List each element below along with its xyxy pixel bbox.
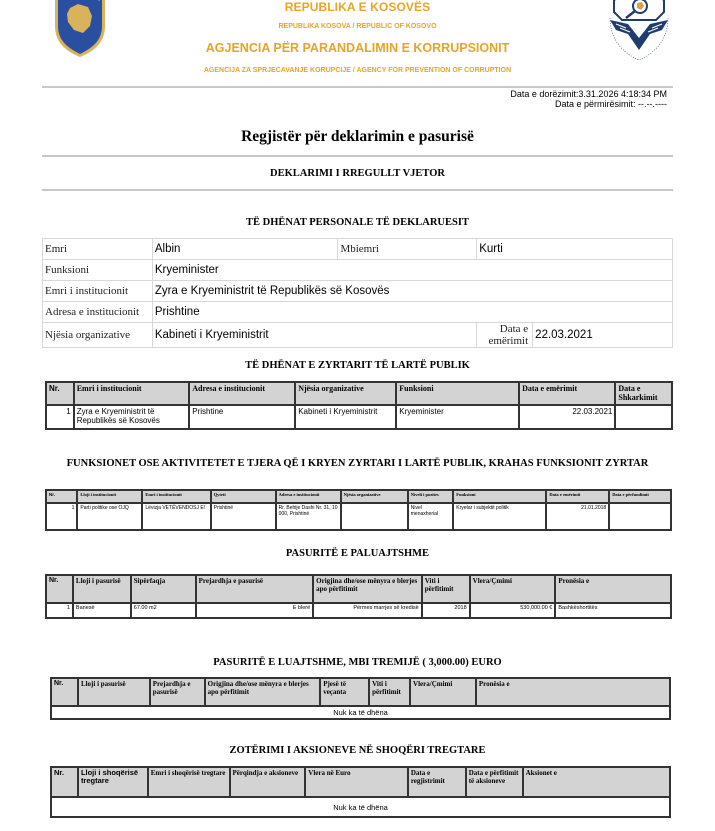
section-title-official: TË DHËNAT E ZYRTARIT TË LARTË PUBLIK — [0, 359, 715, 373]
table-cell: 1 — [46, 405, 74, 429]
dates-block: Data e dorëzimit:3.31.2026 4:18:34 PM Da… — [510, 89, 667, 109]
table-cell: Prishtinë — [211, 503, 276, 530]
activities-table: Nr.Lloji i institucionitEmri i instituci… — [45, 489, 672, 531]
table-cell — [609, 503, 671, 530]
appointment-label: Data e emërimit — [477, 323, 533, 348]
shares-table: Nr.Lloji i shoqërisë tregtareEmri i shoq… — [50, 766, 671, 818]
column-header: Vlera në Euro — [305, 767, 408, 797]
column-header: Vlera/Çmimi — [470, 575, 556, 603]
column-header: Prejardhja e pasurisë — [196, 575, 314, 603]
table-row: 1Zyra e Kryeministrit të Republikës së K… — [46, 405, 672, 429]
column-header: Adresa e institucionit — [276, 490, 341, 503]
table-cell: Lëvizja VETËVENDOSJ E! — [142, 503, 210, 530]
section-title-immovable: PASURITË E PALUAJTSHME — [0, 547, 715, 561]
table-header-row: Nr.Lloji i institucionitEmri i instituci… — [46, 490, 671, 503]
table-row: Emri i institucionit Zyra e Kryeministri… — [43, 281, 673, 302]
unit-label: Njësia organizative — [43, 323, 153, 348]
table-row: 1Banesë67.00 m2E blerëPërmes marrjes së … — [46, 603, 671, 618]
column-header: Lloji i pasurisë — [73, 575, 131, 603]
function-value: Kryeminister — [152, 260, 672, 281]
section-title-shares: ZOTËRIMI I AKSIONEVE NË SHOQËRI TREGTARE — [0, 744, 715, 758]
official-data-table: Nr.Emri i institucionitAdresa e instituc… — [45, 381, 673, 430]
modification-date: Data e përmirësimit: --.--.---- — [510, 99, 667, 109]
table-cell: Kryeminister — [396, 405, 519, 429]
name-label: Emri — [43, 239, 153, 260]
table-cell: Përmes marrjes së kredisë — [313, 603, 422, 618]
column-header: Lloji i pasurisë — [78, 678, 150, 706]
column-header: Data e përfundimit — [609, 490, 671, 503]
column-header: Data e emërimit — [519, 382, 615, 405]
column-header: Nr. — [51, 678, 78, 706]
column-header: Niveli i pozites — [408, 490, 453, 503]
address-label: Adresa e institucionit — [43, 302, 153, 323]
address-value: Prishtine — [152, 302, 672, 323]
table-cell: Kryetar i subjektit politik — [453, 503, 546, 530]
table-cell: Nivel menaxherial — [408, 503, 453, 530]
column-header: Njësia organizative — [295, 382, 396, 405]
column-header: Nr. — [46, 575, 73, 603]
table-cell: Zyra e Kryeministrit të Republikës së Ko… — [74, 405, 190, 429]
section-title-movable: PASURITË E LUAJTSHME, MBI TREMIJË ( 3,00… — [0, 656, 715, 670]
column-header: Vlera/Çmimi — [410, 678, 476, 706]
table-row: Emri Albin Mbiemri Kurti — [43, 239, 673, 260]
column-header: Pronësia e — [555, 575, 671, 603]
column-header: Data e regjistrimit — [408, 767, 466, 797]
name-value: Albin — [152, 239, 338, 260]
page-header: REPUBLIKA E KOSOVËS REPUBLIKA KOSOVA / R… — [0, 0, 715, 86]
column-header: Pronësia e — [476, 678, 670, 706]
column-header: Lloji i institucionit — [77, 490, 142, 503]
column-header: Aksionet e — [523, 767, 670, 797]
table-cell: 22.03.2021 — [519, 405, 615, 429]
column-header: Origjina dhe/ose mënyra e blerjes apo pë… — [313, 575, 422, 603]
declaration-type: DEKLARIMI I RREGULLT VJETOR — [0, 168, 715, 179]
table-cell: 530,000.00 € — [470, 603, 556, 618]
column-header: Viti i përfitimit — [422, 575, 470, 603]
column-header: Nr. — [46, 490, 77, 503]
table-cell: Prishtine — [189, 405, 295, 429]
function-label: Funksioni — [43, 260, 153, 281]
column-header: Nr. — [51, 767, 78, 797]
subtitle-divider — [42, 189, 673, 191]
column-header: Data e përfitimit të aksioneve — [466, 767, 523, 797]
table-cell — [341, 503, 408, 530]
table-row: Adresa e institucionit Prishtine — [43, 302, 673, 323]
surname-label: Mbiemri — [338, 239, 477, 260]
column-header: Data e Shkarkimit — [615, 382, 672, 405]
column-header: Emri i shoqërisë tregtare — [148, 767, 230, 797]
personal-data-table: Emri Albin Mbiemri Kurti Funksioni Kryem… — [42, 238, 673, 348]
immovable-assets-table: Nr.Lloji i pasurisëSipërfaqjaPrejardhja … — [45, 574, 672, 619]
table-row: Funksioni Kryeminister — [43, 260, 673, 281]
table-cell: Parti politike ose OJQ — [77, 503, 142, 530]
column-header: Sipërfaqja — [131, 575, 196, 603]
section-title-personal: TË DHËNAT PERSONALE TË DEKLARUESIT — [0, 216, 715, 230]
table-cell: 21.01.2018 — [546, 503, 609, 530]
column-header: Njësia organizative — [341, 490, 408, 503]
institution-value: Zyra e Kryeministrit të Republikës së Ko… — [152, 281, 672, 302]
header-divider — [42, 86, 673, 88]
header-agency-subtitle: AGENCIJA ZA SPRJECAVANJE KORUPCIJE / AGE… — [0, 67, 715, 74]
appointment-value: 22.03.2021 — [533, 323, 673, 348]
column-header: Funksioni — [453, 490, 546, 503]
table-row: Nuk ka të dhëna — [51, 797, 670, 817]
table-cell: Bashkëshortitës — [555, 603, 671, 618]
column-header: Lloji i shoqërisë tregtare — [78, 767, 148, 797]
empty-state-text: Nuk ka të dhëna — [51, 706, 670, 719]
document-title: Regjistër për deklarimin e pasurisë — [0, 128, 715, 146]
table-header-row: Nr.Lloji i pasurisëPrejardhja e pasurisë… — [51, 678, 670, 706]
title-divider — [42, 155, 673, 157]
column-header: Nr. — [46, 382, 74, 405]
table-cell: 2018 — [422, 603, 470, 618]
column-header: Data e emërimit — [546, 490, 609, 503]
table-header-row: Nr.Lloji i shoqërisë tregtareEmri i shoq… — [51, 767, 670, 797]
column-header: Viti i përfitimit — [369, 678, 410, 706]
column-header: Adresa e institucionit — [189, 382, 295, 405]
table-cell: Banesë — [73, 603, 131, 618]
submission-date: Data e dorëzimit:3.31.2026 4:18:34 PM — [510, 89, 667, 99]
column-header: Pjesë të veçanta — [320, 678, 369, 706]
table-cell: 67.00 m2 — [131, 603, 196, 618]
column-header: Qyteti — [211, 490, 276, 503]
table-row: Nuk ka të dhëna — [51, 706, 670, 719]
unit-value: Kabineti i Kryeministrit — [152, 323, 476, 348]
section-title-activities: FUNKSIONET OSE AKTIVITETET E TJERA QË I … — [0, 457, 715, 471]
column-header: Prejardhja e pasurisë — [150, 678, 205, 706]
column-header: Origjina dhe/ose mënyra e blerjes apo pë… — [205, 678, 321, 706]
column-header: Funksioni — [396, 382, 519, 405]
empty-state-text: Nuk ka të dhëna — [51, 797, 670, 817]
column-header: Emri i institucionit — [74, 382, 190, 405]
table-cell: 1 — [46, 603, 73, 618]
table-cell — [615, 405, 672, 429]
surname-value: Kurti — [477, 239, 673, 260]
table-header-row: Nr.Lloji i pasurisëSipërfaqjaPrejardhja … — [46, 575, 671, 603]
column-header: Emri i institucionit — [142, 490, 210, 503]
movable-assets-table: Nr.Lloji i pasurisëPrejardhja e pasurisë… — [50, 677, 671, 720]
table-header-row: Nr.Emri i institucionitAdresa e instituc… — [46, 382, 672, 405]
table-cell: E blerë — [196, 603, 314, 618]
table-cell: Kabineti i Kryeministrit — [295, 405, 396, 429]
table-cell: 1 — [46, 503, 77, 530]
table-row: 1Parti politike ose OJQLëvizja VETËVENDO… — [46, 503, 671, 530]
anti-corruption-agency-emblem-icon — [604, 0, 674, 62]
table-row: Njësia organizative Kabineti i Kryeminis… — [43, 323, 673, 348]
table-cell: Rr. Behije Dashi Nr. 31, 10 000, Prishti… — [276, 503, 341, 530]
column-header: Përqindja e aksioneve — [230, 767, 306, 797]
institution-label: Emri i institucionit — [43, 281, 153, 302]
